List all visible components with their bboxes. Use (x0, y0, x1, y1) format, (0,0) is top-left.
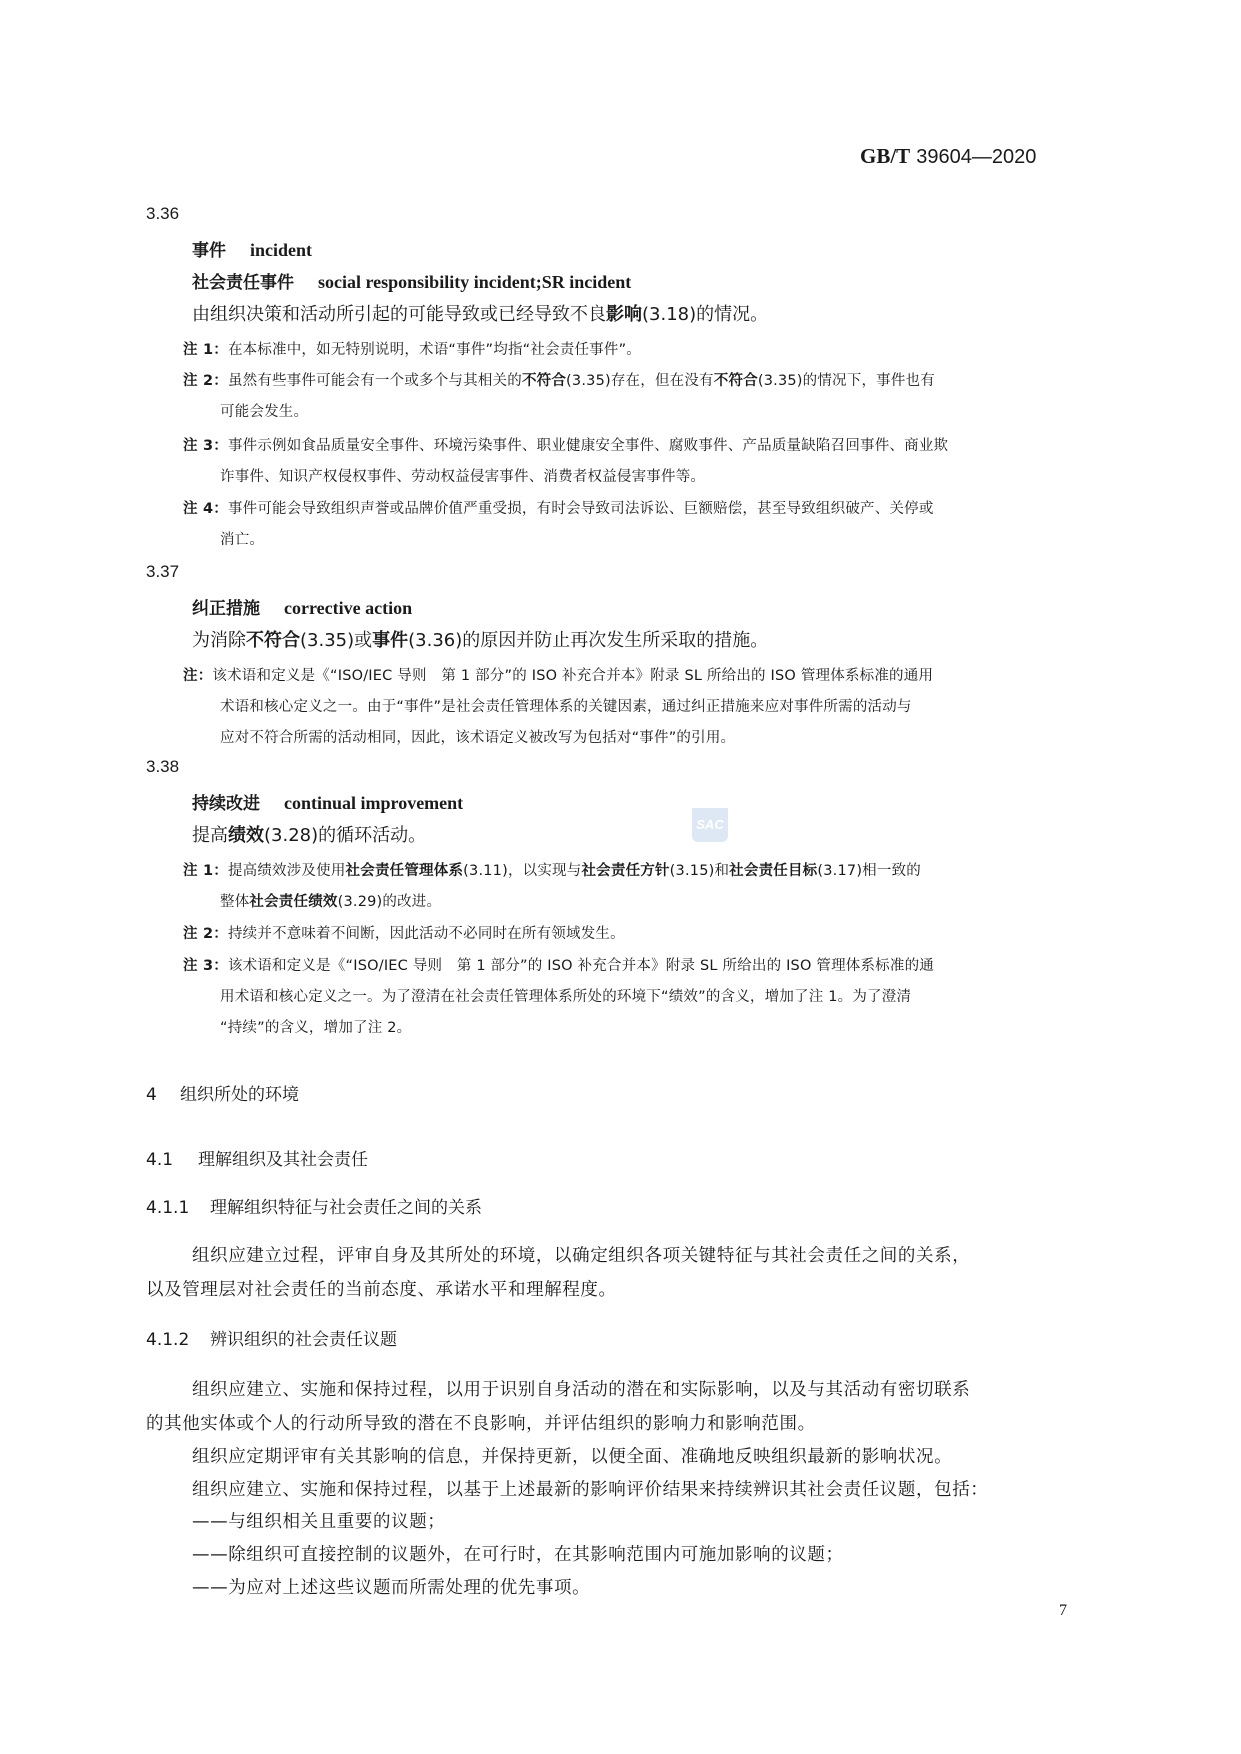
note-3-38-3-cont-2: “持续”的含义，增加了注 2。 (220, 1016, 411, 1037)
paragraph-4-1-2-line-4: 组织应建立、实施和保持过程，以基于上述最新的影响评价结果来持续辨识其社会责任议题… (192, 1476, 988, 1501)
note-3-36-1: 注 1：在本标准中，如无特别说明，术语“事件”均指“社会责任事件”。 (183, 338, 641, 359)
standard-prefix: GB/T (860, 144, 910, 168)
term-sr-incident: 社会责任事件social responsibility incident;SR … (192, 268, 631, 293)
term-continual-improvement: 持续改进continual improvement (192, 789, 463, 814)
paragraph-4-1-1-line-1: 组织应建立过程，评审自身及其所处的环境，以确定组织各项关键特征与其社会责任之间的… (192, 1242, 970, 1267)
note-3-38-1: 注 1：提高绩效涉及使用社会责任管理体系(3.11)，以实现与社会责任方针(3.… (183, 859, 921, 880)
sac-watermark-logo: SAC (692, 808, 728, 842)
paragraph-4-1-2-line-3: 组织应定期评审有关其影响的信息，并保持更新，以便全面、准确地反映组织最新的影响状… (192, 1443, 952, 1468)
term-en: incident (250, 240, 312, 260)
page-number: 7 (1059, 1602, 1067, 1620)
term-zh: 事件 (192, 241, 226, 261)
note-3-38-2: 注 2：持续并不意味着不间断，因此活动不必同时在所有领域发生。 (183, 922, 625, 943)
standard-number: 39604—2020 (916, 146, 1036, 168)
paragraph-4-1-1-line-2: 以及管理层对社会责任的当前态度、承诺水平和理解程度。 (146, 1276, 617, 1301)
paragraph-4-1-2-line-1: 组织应建立、实施和保持过程，以用于识别自身活动的潜在和实际影响，以及与其活动有密… (192, 1376, 970, 1401)
list-item: ——为应对上述这些议题而所需处理的优先事项。 (192, 1574, 590, 1599)
section-heading-4: 4组织所处的环境 (146, 1080, 299, 1105)
note-3-36-2-cont: 可能会发生。 (220, 400, 308, 421)
definition-3-36: 由组织决策和活动所引起的可能导致或已经导致不良影响(3.18)的情况。 (192, 300, 768, 326)
list-item: ——除组织可直接控制的议题外，在可行时，在其影响范围内可施加影响的议题； (192, 1541, 844, 1566)
note-3-36-3-cont: 诈事件、知识产权侵权事件、劳动权益侵害事件、消费者权益侵害事件等。 (220, 465, 705, 486)
term-en: continual improvement (284, 793, 463, 813)
note-3-37-cont-1: 术语和核心定义之一。由于“事件”是社会责任管理体系的关键因素，通过纠正措施来应对… (220, 695, 912, 716)
clause-number-3-38: 3.38 (146, 757, 179, 777)
note-3-37-cont-2: 应对不符合所需的活动相同，因此，该术语定义被改写为包括对“事件”的引用。 (220, 726, 735, 747)
note-3-38-1-cont: 整体社会责任绩效(3.29)的改进。 (220, 890, 441, 911)
term-zh: 持续改进 (192, 794, 260, 814)
term-corrective-action: 纠正措施corrective action (192, 594, 412, 619)
term-en: social responsibility incident;SR incide… (318, 272, 631, 292)
note-3-38-3-cont-1: 用术语和核心定义之一。为了澄清在社会责任管理体系所处的环境下“绩效”的含义，增加… (220, 985, 911, 1006)
note-3-37: 注：该术语和定义是《“ISO/IEC 导则 第 1 部分”的 ISO 补充合并本… (183, 664, 933, 685)
note-3-36-3: 注 3：事件示例如食品质量安全事件、环境污染事件、职业健康安全事件、腐败事件、产… (183, 434, 948, 455)
section-heading-4-1-2: 4.1.2辨识组织的社会责任议题 (146, 1325, 397, 1350)
note-3-38-3: 注 3：该术语和定义是《“ISO/IEC 导则 第 1 部分”的 ISO 补充合… (183, 954, 934, 975)
standard-code: GB/T 39604—2020 (860, 144, 1036, 169)
paragraph-4-1-2-line-2: 的其他实体或个人的行动所导致的潜在不良影响，并评估组织的影响力和影响范围。 (146, 1410, 816, 1435)
term-zh: 社会责任事件 (192, 273, 294, 293)
note-3-36-4: 注 4：事件可能会导致组织声誉或品牌价值严重受损，有时会导致司法诉讼、巨额赔偿，… (183, 497, 934, 518)
section-heading-4-1: 4.1理解组织及其社会责任 (146, 1145, 368, 1170)
clause-number-3-37: 3.37 (146, 562, 179, 582)
list-item: ——与组织相关且重要的议题； (192, 1508, 445, 1533)
term-incident: 事件incident (192, 236, 312, 261)
section-heading-4-1-1: 4.1.1理解组织特征与社会责任之间的关系 (146, 1193, 482, 1218)
definition-3-37: 为消除不符合(3.35)或事件(3.36)的原因并防止再次发生所采取的措施。 (192, 626, 768, 652)
note-3-36-4-cont: 消亡。 (220, 528, 264, 549)
definition-3-38: 提高绩效(3.28)的循环活动。 (192, 821, 426, 847)
clause-number-3-36: 3.36 (146, 204, 179, 224)
term-zh: 纠正措施 (192, 599, 260, 619)
term-en: corrective action (284, 598, 412, 618)
note-3-36-2: 注 2：虽然有些事件可能会有一个或多个与其相关的不符合(3.35)存在，但在没有… (183, 369, 935, 390)
